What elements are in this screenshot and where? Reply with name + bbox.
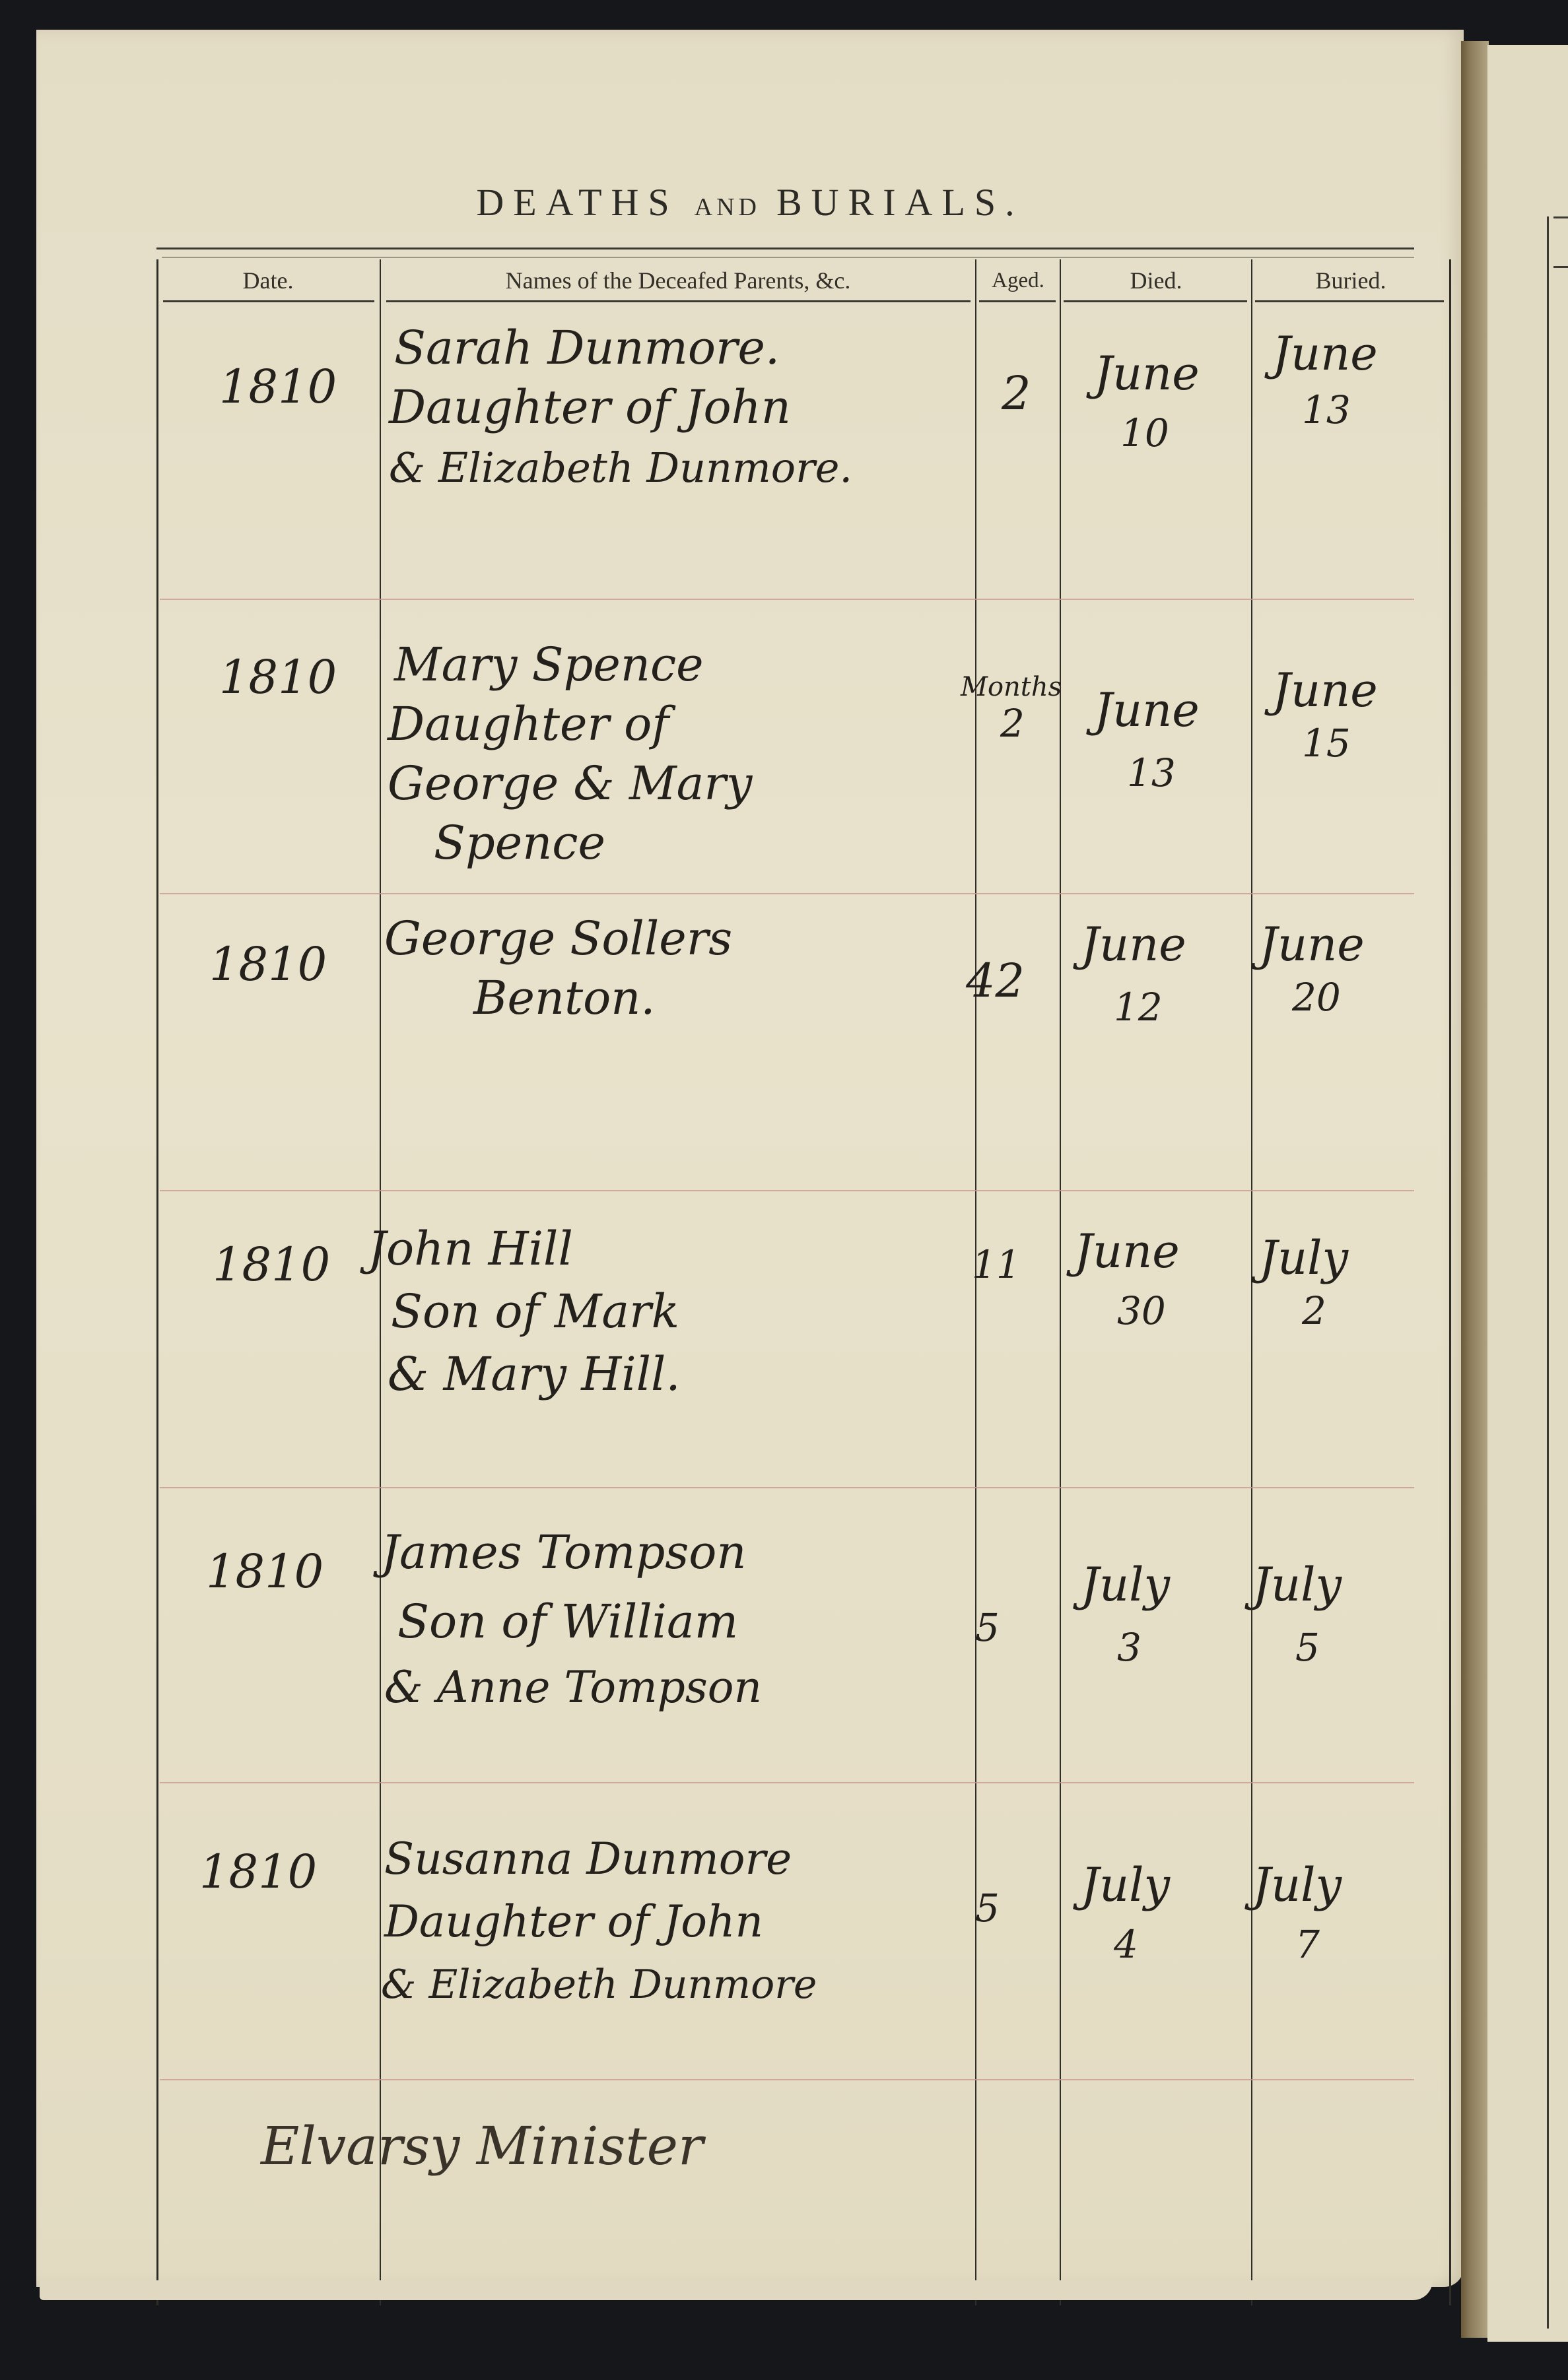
entry-died-month: July: [1081, 1858, 1170, 1912]
entry-died-day: 10: [1120, 406, 1169, 460]
entry-name-line: Daughter of: [388, 696, 669, 752]
entry-died-month: July: [1081, 1558, 1170, 1612]
entry-died-day: 30: [1117, 1284, 1166, 1338]
title-burials: BURIALS.: [776, 181, 1024, 224]
facing-page-header-rule: [1553, 266, 1568, 268]
column-header-date: Date.: [156, 262, 380, 299]
column-rule-right: [1449, 259, 1451, 2305]
entry-name-line: George & Mary: [388, 756, 752, 811]
header-rule-aged: [979, 300, 1056, 302]
entry-aged: 5: [975, 1881, 1000, 1935]
entry-died-day: 3: [1117, 1620, 1142, 1674]
entry-died-month: June: [1094, 347, 1200, 401]
column-header-names: Names of the Deceafed Parents, &c.: [381, 262, 975, 299]
column-header-died: Died.: [1061, 262, 1251, 299]
entry-name-line: & Elizabeth Dunmore: [381, 1957, 817, 2012]
entry-date: 1810: [219, 360, 337, 414]
entry-date: 1810: [213, 1238, 330, 1292]
header-rule-buried: [1255, 300, 1444, 302]
row-divider: [160, 1782, 1414, 1783]
entry-name-line: John Hill: [368, 1221, 573, 1276]
entry-died-day: 4: [1114, 1917, 1138, 1971]
row-divider: [160, 893, 1414, 894]
entry-buried-month: June: [1272, 327, 1378, 381]
book-gutter: [1461, 41, 1489, 2338]
column-header-buried: Buried.: [1252, 262, 1449, 299]
entry-name-line: Daughter of John: [384, 1894, 763, 1950]
entry-name-line: George Sollers: [384, 911, 732, 966]
entry-name-line: Mary Spence: [394, 637, 704, 692]
page-title: DEATHSANDBURIALS.: [36, 180, 1464, 224]
row-divider: [160, 1487, 1414, 1488]
entry-aged: 2: [1002, 366, 1031, 420]
entry-buried-month: July: [1252, 1858, 1342, 1912]
entry-name-line: Son of Mark: [391, 1284, 679, 1339]
table-top-rule-inner: [162, 257, 1414, 258]
register-table: Date. Names of the Deceafed Parents, &c.…: [156, 248, 1414, 2307]
entry-buried-day: 20: [1292, 970, 1341, 1024]
header-rule-died: [1064, 300, 1247, 302]
entry-name-line: Susanna Dunmore: [384, 1832, 792, 1887]
entry-name-line: & Mary Hill.: [388, 1346, 681, 1402]
entry-date: 1810: [219, 650, 337, 704]
entry-name-line: James Tompson: [381, 1525, 747, 1580]
entry-name-line: Spence: [434, 815, 605, 871]
row-divider: [160, 2079, 1414, 2080]
entry-date: 1810: [206, 1544, 324, 1599]
entry-died-month: June: [1094, 683, 1200, 737]
title-deaths: DEATHS: [476, 181, 678, 224]
column-rule-left: [156, 259, 158, 2305]
entry-died-day: 12: [1114, 980, 1163, 1034]
column-header-aged: Aged.: [976, 262, 1060, 299]
entry-buried-month: June: [1259, 917, 1365, 972]
entry-aged: 11: [972, 1238, 1021, 1292]
entry-buried-month: July: [1252, 1558, 1342, 1612]
facing-page-header-rule: [1553, 216, 1568, 218]
entry-name-line: & Anne Tompson: [384, 1660, 762, 1715]
entry-buried-day: 2: [1302, 1284, 1326, 1338]
entry-name-line: Benton.: [473, 970, 656, 1026]
entry-buried-month: June: [1272, 663, 1378, 717]
column-rule-aged-died: [1060, 259, 1061, 2305]
entry-buried-day: 13: [1302, 383, 1351, 437]
facing-page-rule: [1547, 216, 1549, 2329]
entry-buried-day: 5: [1295, 1620, 1320, 1674]
title-and: AND: [695, 193, 761, 221]
entry-date: 1810: [199, 1845, 317, 1899]
page-bottom-edge: [40, 2280, 1433, 2300]
register-page: DEATHSANDBURIALS. Date. Names of the Dec…: [36, 30, 1464, 2287]
row-divider: [160, 1190, 1414, 1191]
entry-aged: 42: [966, 954, 1025, 1008]
table-top-rule: [156, 248, 1414, 249]
header-rule-names: [386, 300, 971, 302]
row-divider: [160, 599, 1414, 600]
entry-name-line: Daughter of John: [389, 380, 791, 435]
header-rule-date: [163, 300, 374, 302]
entry-name-line: & Elizabeth Dunmore.: [389, 440, 852, 496]
entry-aged: 5: [975, 1601, 1000, 1655]
entry-buried-month: July: [1259, 1231, 1348, 1285]
entry-name-line: Son of William: [397, 1594, 738, 1649]
entry-buried-day: 7: [1295, 1917, 1320, 1971]
column-rule-died-buried: [1251, 259, 1252, 2305]
entry-date: 1810: [209, 937, 327, 991]
entry-aged: 2: [1000, 696, 1025, 750]
entry-died-month: June: [1074, 1224, 1180, 1278]
entry-died-day: 13: [1127, 746, 1176, 800]
entry-name-line: Sarah Dunmore.: [394, 320, 780, 376]
entry-died-month: June: [1081, 917, 1186, 972]
entry-buried-day: 15: [1302, 716, 1351, 770]
facing-page-edge: [1487, 45, 1568, 2342]
minister-signature: Elvarsy Minister: [261, 2115, 703, 2177]
